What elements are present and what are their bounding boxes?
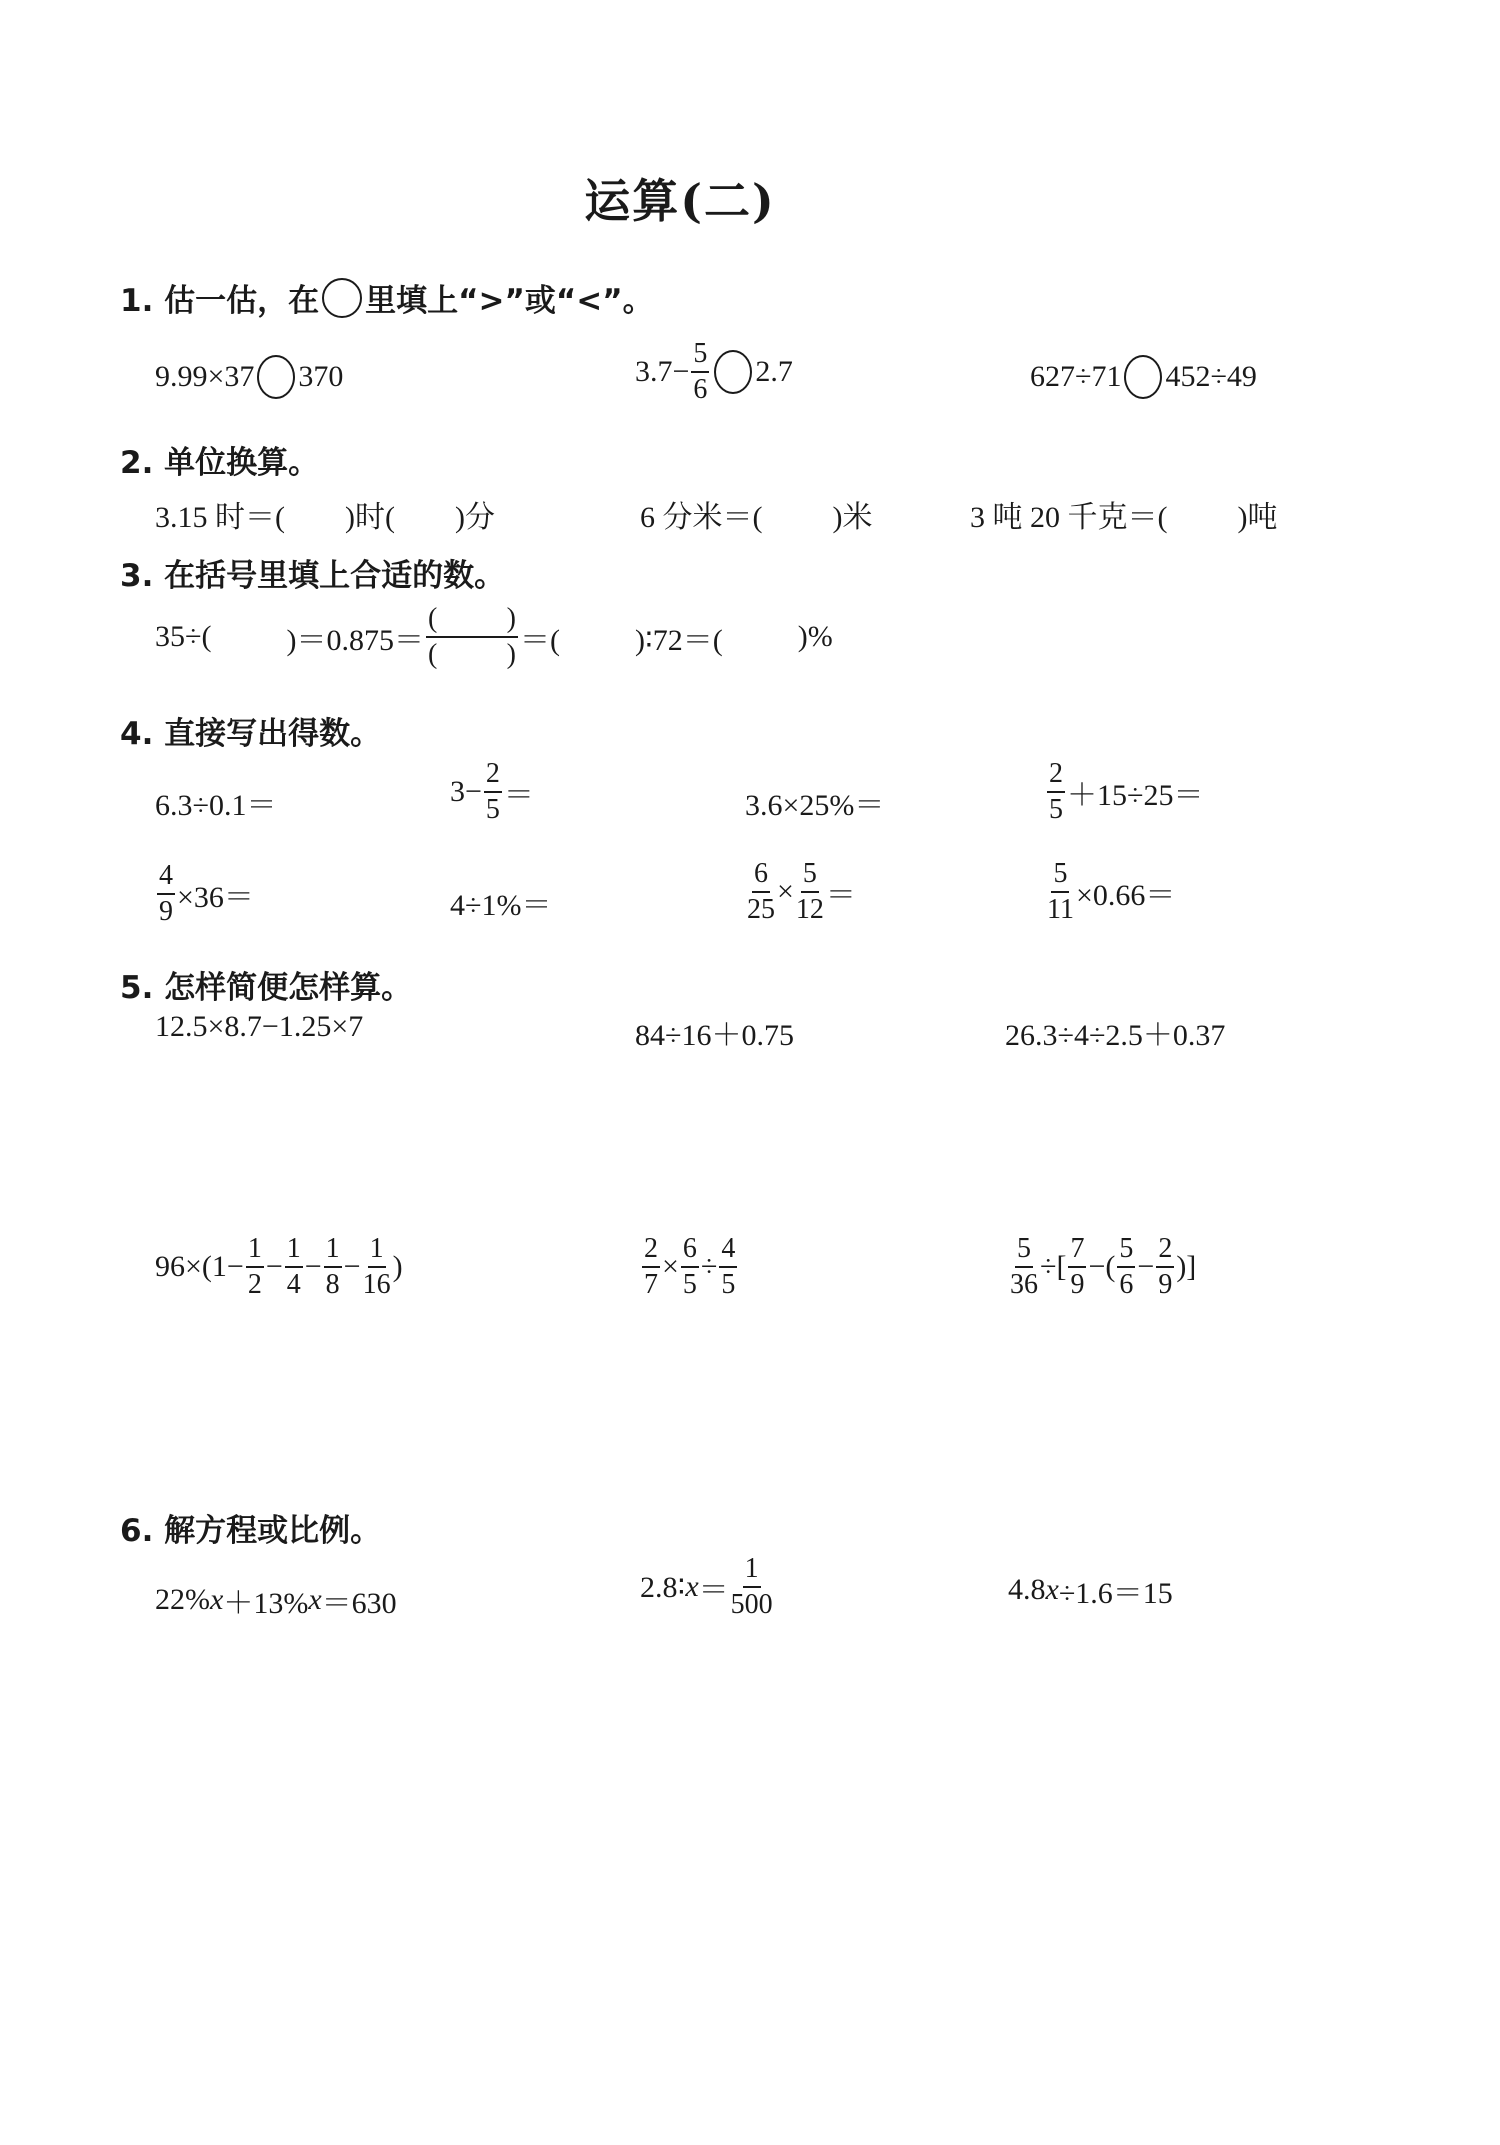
expr-text: )] [1176, 1250, 1196, 1284]
simplify-1: 12.5×8.7−1.25×7 [155, 1010, 363, 1044]
expr-right: 2.7 [755, 355, 793, 389]
expr-text: 96×(1− [155, 1250, 244, 1284]
expr-text: ÷ [701, 1250, 717, 1284]
equation-1: 22%x＋13%x＝630 [155, 1578, 397, 1622]
answer-circle[interactable] [257, 355, 295, 399]
fraction: 45 [719, 1235, 737, 1299]
expr-text: )时( [345, 492, 395, 536]
expr-text: )米 [833, 492, 873, 536]
expr-text: 26.3÷4÷2.5＋0.37 [1005, 1010, 1225, 1054]
simplify-3: 26.3÷4÷2.5＋0.37 [1005, 1010, 1225, 1054]
expr-text: ＝( [520, 615, 560, 659]
section-1-heading: 1. 估一估，在 里填上“>”或“<”。 [120, 275, 654, 320]
section-3-heading: 3. 在括号里填上合适的数。 [120, 550, 505, 595]
simplify-5: 27 × 65 ÷ 45 [640, 1235, 739, 1299]
expr-text: ×0.66＝ [1076, 870, 1175, 914]
mental-calc-2: 3− 25 ＝ [450, 760, 534, 824]
variable: x [308, 1583, 321, 1617]
variable: x [210, 1583, 223, 1617]
fraction: 536 [1010, 1235, 1038, 1299]
expr-text: 2.8∶ [640, 1570, 685, 1605]
expr-text: −( [1088, 1250, 1115, 1284]
simplify-2: 84÷16＋0.75 [635, 1010, 794, 1054]
page-title: 运算(二) [0, 165, 1360, 231]
expr-text: 3 吨 20 千克＝( [970, 492, 1168, 536]
section-4-heading: 4. 直接写出得数。 [120, 708, 381, 753]
mental-calc-3: 3.6×25%＝ [745, 780, 884, 824]
expr-text: )＝0.875＝ [286, 615, 424, 659]
fraction: 1500 [731, 1555, 773, 1619]
blank-fraction[interactable]: () () [426, 605, 518, 669]
estimate-item-3: 627÷71 452÷49 [1030, 355, 1257, 399]
expr-left: 9.99×37 [155, 360, 254, 394]
circle-icon [322, 278, 362, 318]
variable: x [685, 1570, 698, 1604]
expr-text: 3− [450, 775, 482, 809]
mental-calc-6: 4÷1%＝ [450, 880, 551, 924]
fraction: 625 [747, 860, 775, 924]
expr-text: 4.8 [1008, 1573, 1046, 1607]
expr-text: 35÷( [155, 620, 211, 654]
expr-text: ) [393, 1250, 403, 1284]
answer-circle[interactable] [714, 350, 752, 394]
expr-text: ÷[ [1040, 1250, 1066, 1284]
unit-item-3: 3 吨 20 千克＝( )吨 [970, 492, 1278, 536]
expr-text: ＝ [504, 770, 534, 814]
expr-text: ＝630 [322, 1578, 397, 1622]
mental-calc-5: 49 ×36＝ [155, 862, 254, 926]
fraction: 79 [1068, 1235, 1086, 1299]
expr-text: )∶72＝( [635, 615, 723, 659]
expr-text: 6.3÷0.1＝ [155, 780, 276, 824]
fraction: 18 [324, 1235, 342, 1299]
fraction: 12 [246, 1235, 264, 1299]
expr-text: ＋15÷25＝ [1067, 770, 1203, 814]
answer-circle[interactable] [1124, 355, 1162, 399]
expr-text: 84÷16＋0.75 [635, 1010, 794, 1054]
fraction: 27 [642, 1235, 660, 1299]
expr-text: − [1137, 1250, 1154, 1284]
expr-text: 6 分米＝( [640, 492, 763, 536]
expr-text: − [266, 1250, 283, 1284]
mental-calc-8: 511 ×0.66＝ [1045, 860, 1175, 924]
fraction: 14 [285, 1235, 303, 1299]
expr-text: × [662, 1250, 679, 1284]
expr-text: )吨 [1238, 492, 1278, 536]
unit-item-2: 6 分米＝( )米 [640, 492, 873, 536]
fraction: 116 [363, 1235, 391, 1299]
expr-left: 627÷71 [1030, 360, 1121, 394]
fraction: 49 [157, 862, 175, 926]
fraction: 29 [1156, 1235, 1174, 1299]
expr-text: ×36＝ [177, 872, 254, 916]
unit-item-1: 3.15 时＝( )时( )分 [155, 492, 495, 536]
expr-right: 452÷49 [1165, 360, 1256, 394]
section-6-heading: 6. 解方程或比例。 [120, 1505, 381, 1550]
section-5-heading: 5. 怎样简便怎样算。 [120, 962, 412, 1007]
expr-text: )% [798, 620, 833, 654]
section-2-heading: 2. 单位换算。 [120, 437, 319, 482]
expr-text: − [344, 1250, 361, 1284]
heading-text: 1. 估一估，在 [120, 275, 319, 320]
fraction: 511 [1047, 860, 1074, 924]
expr-left: 3.7− [635, 355, 689, 389]
heading-text: 里填上“>”或“<”。 [365, 275, 653, 320]
expr-text: ＝ [699, 1565, 729, 1609]
expr-text: 4÷1%＝ [450, 880, 551, 924]
expr-text: 3.15 时＝( [155, 492, 285, 536]
expr-right: 370 [298, 360, 343, 394]
fraction: 512 [796, 860, 824, 924]
expr-text: ＋13% [223, 1578, 308, 1622]
simplify-4: 96×(1− 12 − 14 − 18 − 116 ) [155, 1235, 403, 1299]
estimate-item-2: 3.7− 56 2.7 [635, 340, 793, 404]
variable: x [1046, 1573, 1059, 1607]
expr-text: )分 [455, 492, 495, 536]
equation-3: 4.8x÷1.6＝15 [1008, 1568, 1173, 1612]
equation-2: 2.8∶x＝ 1500 [640, 1555, 775, 1619]
fraction: 25 [484, 760, 502, 824]
expr-text: 12.5×8.7−1.25×7 [155, 1010, 363, 1044]
expr-text: ＝ [826, 870, 856, 914]
expr-text: ÷1.6＝15 [1059, 1568, 1173, 1612]
expr-text: − [305, 1250, 322, 1284]
mental-calc-1: 6.3÷0.1＝ [155, 780, 276, 824]
expr-text: × [777, 875, 794, 909]
expr-text: 3.6×25%＝ [745, 780, 884, 824]
fraction: 25 [1047, 760, 1065, 824]
mental-calc-7: 625 × 512 ＝ [745, 860, 856, 924]
mental-calc-4: 25 ＋15÷25＝ [1045, 760, 1203, 824]
fraction: 56 [1117, 1235, 1135, 1299]
simplify-6: 536 ÷[ 79 −( 56 − 29 )] [1008, 1235, 1196, 1299]
fraction: 65 [681, 1235, 699, 1299]
estimate-item-1: 9.99×37 370 [155, 355, 343, 399]
fill-blank-chain: 35÷( )＝0.875＝ () () ＝( )∶72＝( )% [155, 605, 833, 669]
fraction: 56 [691, 340, 709, 404]
expr-text: 22% [155, 1583, 210, 1617]
